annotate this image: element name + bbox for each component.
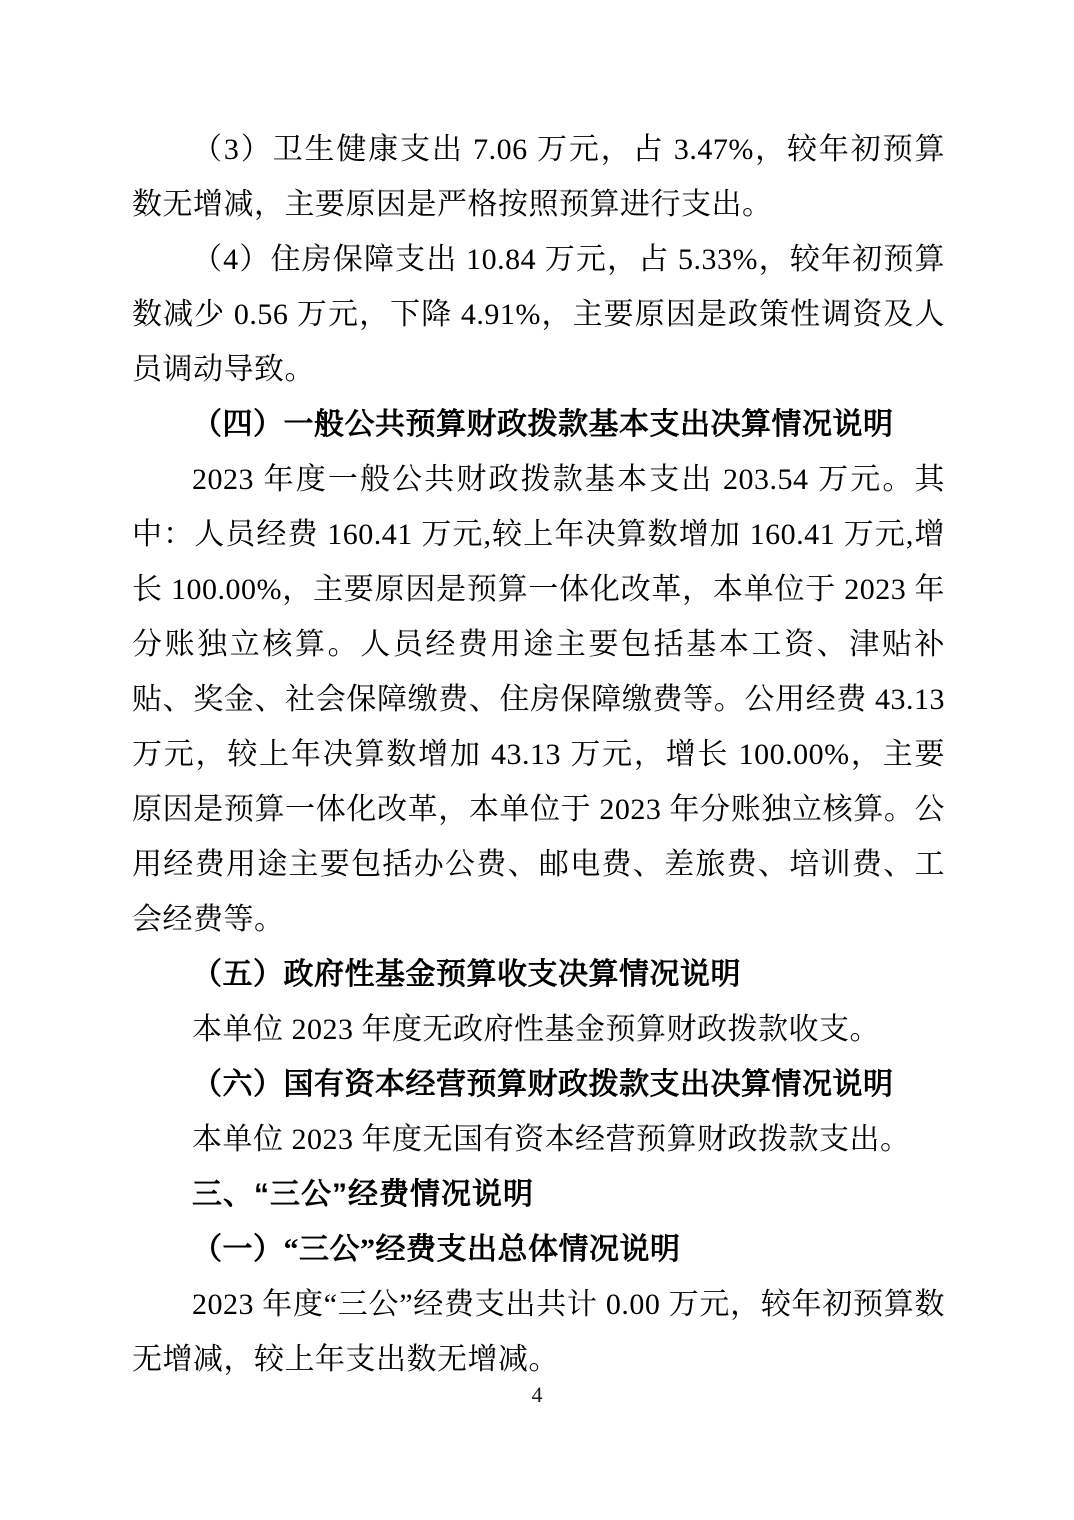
paragraph: 2023 年度一般公共财政拨款基本支出 203.54 万元。其中：人员经费 16… — [132, 452, 945, 947]
section-heading: 三、“三公”经费情况说明 — [132, 1167, 945, 1222]
section-heading: （五）政府性基金预算收支决算情况说明 — [132, 947, 945, 1002]
paragraph: （4）住房保障支出 10.84 万元，占 5.33%，较年初预算数减少 0.56… — [132, 232, 945, 397]
page-number: 4 — [0, 1380, 1074, 1410]
paragraph: 本单位 2023 年度无国有资本经营预算财政拨款支出。 — [132, 1112, 945, 1167]
paragraph: 本单位 2023 年度无政府性基金预算财政拨款收支。 — [132, 1002, 945, 1057]
section-heading: （六）国有资本经营预算财政拨款支出决算情况说明 — [132, 1057, 945, 1112]
section-heading: （一）“三公”经费支出总体情况说明 — [132, 1222, 945, 1277]
paragraph: 2023 年度“三公”经费支出共计 0.00 万元，较年初预算数无增减，较上年支… — [132, 1277, 945, 1387]
section-heading: （四）一般公共预算财政拨款基本支出决算情况说明 — [132, 397, 945, 452]
document-page: （3）卫生健康支出 7.06 万元，占 3.47%，较年初预算数无增减，主要原因… — [0, 0, 1074, 1520]
document-body: （3）卫生健康支出 7.06 万元，占 3.47%，较年初预算数无增减，主要原因… — [132, 122, 945, 1387]
paragraph: （3）卫生健康支出 7.06 万元，占 3.47%，较年初预算数无增减，主要原因… — [132, 122, 945, 232]
